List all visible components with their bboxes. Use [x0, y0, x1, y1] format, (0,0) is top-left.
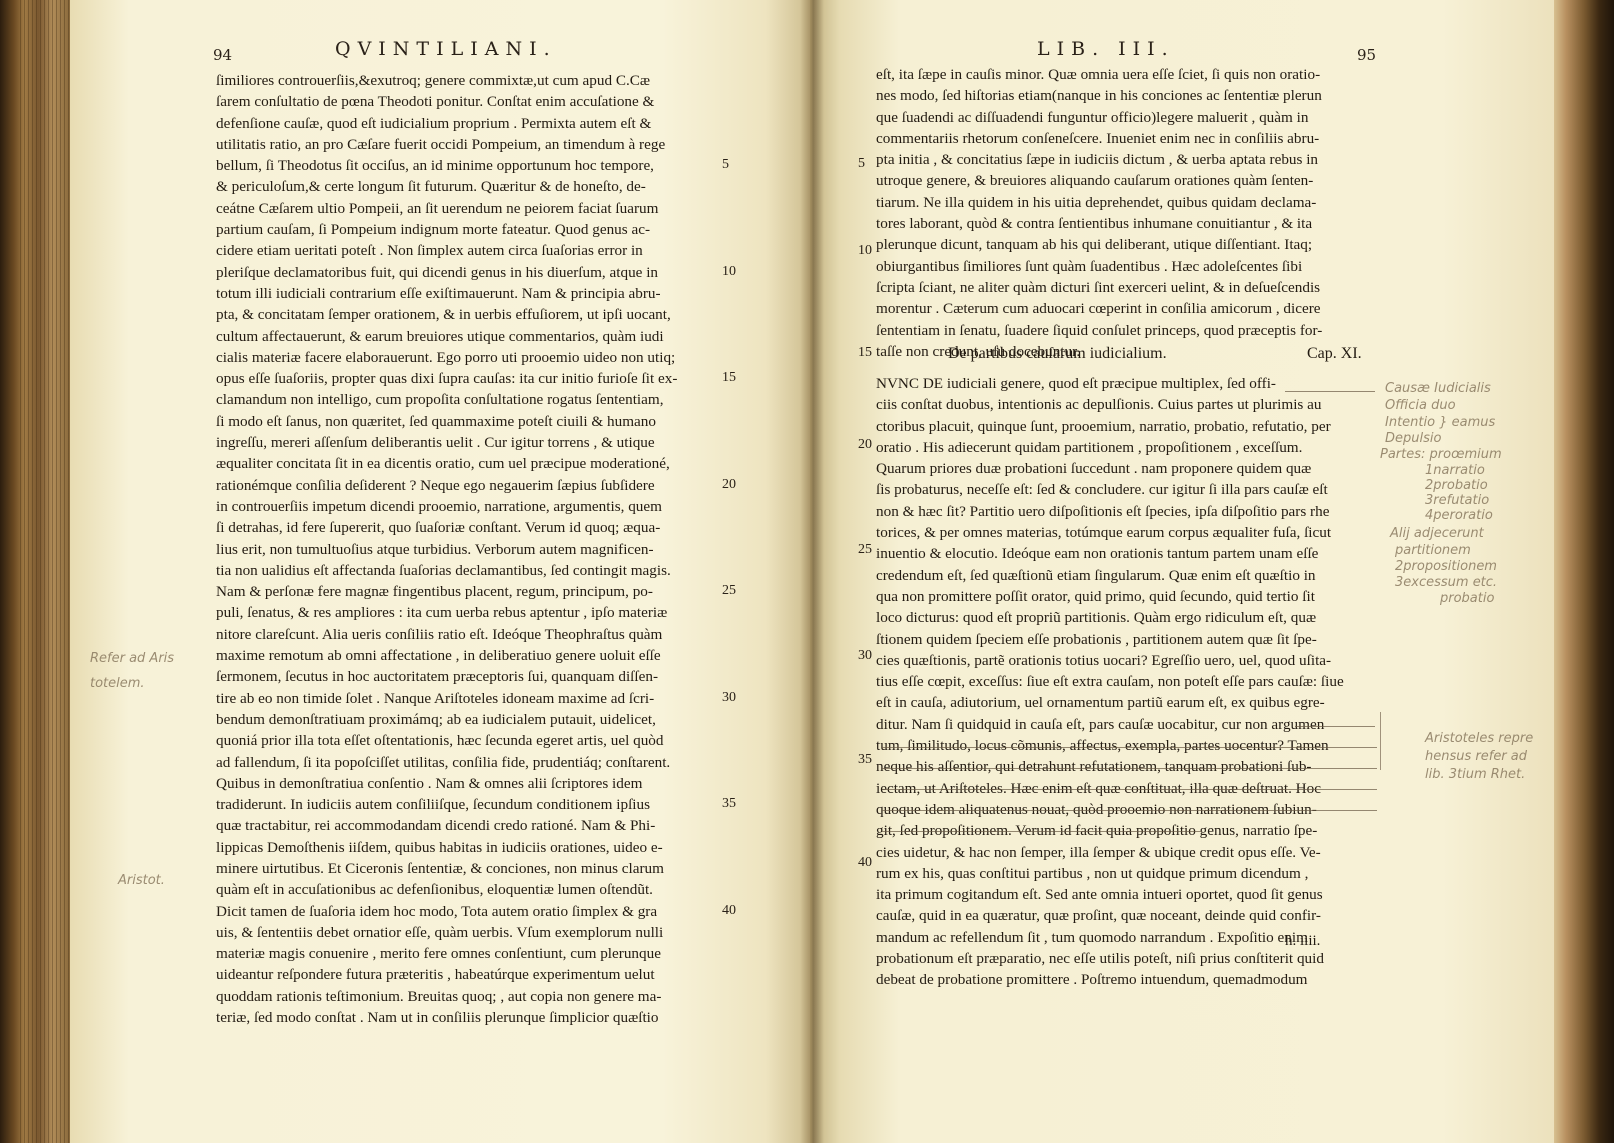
- line-number: 35: [858, 752, 872, 768]
- text-line: quoniá prior illa tota eſſet oſtentation…: [216, 730, 726, 751]
- ink-underline: [882, 789, 1377, 790]
- page-edges-left: [20, 0, 70, 1143]
- text-line: commentariis rhetorum conſeneſcere. Inue…: [876, 128, 1381, 149]
- text-line: defenſione cauſæ, quod eſt iudicialium p…: [216, 113, 726, 134]
- text-line: probationum eſt præparatio, nec eſſe uti…: [876, 948, 1381, 969]
- text-line: debeat de probatione promittere . Poſtre…: [876, 969, 1381, 990]
- handwritten-note: Depulsio: [1385, 430, 1441, 447]
- text-line: pta initia , & concitatius ſæpe in iudic…: [876, 149, 1381, 170]
- text-line: ſermonem, ſecutus in hoc auctoritatem pr…: [216, 666, 726, 687]
- text-line: obiurgantibus ſimiliores ſunt quàm ſuade…: [876, 256, 1381, 277]
- ink-underline: [1295, 726, 1375, 727]
- ink-bracket: [1380, 712, 1381, 770]
- handwritten-note: Causæ Iudicialis: [1385, 380, 1491, 397]
- text-line: lippicas Demoſthenis iiſdem, quibus habi…: [216, 837, 726, 858]
- text-line: ſis probaturus, neceſſe eſt: ſed & concl…: [876, 479, 1381, 500]
- handwritten-note: Alij adjecerunt: [1390, 525, 1484, 542]
- handwritten-note: Aristot.: [118, 872, 165, 889]
- text-line: morentur . Cæterum cum aduocari cœperint…: [876, 298, 1381, 319]
- text-line: tum, ſimilitudo, locus cõmunis, affectus…: [876, 735, 1381, 756]
- handwritten-note: totelem.: [90, 675, 145, 692]
- text-line: in controuerſiis impetum dicendi prooemi…: [216, 496, 726, 517]
- text-line: tiarum. Ne illa quidem in his uitia depr…: [876, 192, 1381, 213]
- text-line: oratio . His adiecerunt quidam partition…: [876, 437, 1381, 458]
- line-number: 30: [722, 690, 736, 706]
- text-line: pleriſque declamatoribus fuit, qui dicen…: [216, 262, 726, 283]
- text-line: Quarum priores duæ probationi ſuccedunt …: [876, 458, 1381, 479]
- text-line: materiæ magis conuenire , merito fere om…: [216, 943, 726, 964]
- text-line: partium cauſam, ſi Pompeium indignum mor…: [216, 219, 726, 240]
- text-line: loco dicturus: quod eſt propriũ partitio…: [876, 607, 1381, 628]
- text-line: uis, & ſententiis debet ornatior eſſe, q…: [216, 922, 726, 943]
- text-line: plerunque dicunt, tanquam ab his qui del…: [876, 234, 1381, 255]
- text-line: ſtionem quidem ſpeciem eſſe probationis …: [876, 629, 1381, 650]
- handwritten-note: lib. 3tium Rhet.: [1425, 766, 1525, 783]
- text-line: uideantur reſpondere futura præteritis ,…: [216, 964, 726, 985]
- left-running-head: QVINTILIANI.: [335, 38, 557, 60]
- text-line: cultum affectauerunt, & earum breuiores …: [216, 326, 726, 347]
- text-line: Dicit tamen de ſuaſoria idem hoc modo, T…: [216, 901, 726, 922]
- ink-underline: [882, 810, 1377, 811]
- text-line: nes modo, ſed hiſtorias etiam(nanque in …: [876, 85, 1381, 106]
- ink-underline: [1285, 391, 1375, 392]
- text-line: tradiderunt. In iudiciis autem conſiliiſ…: [216, 794, 726, 815]
- text-line: pta, & concitatam ſemper orationem, & in…: [216, 304, 726, 325]
- text-line: ſi detrahas, id fere ſupererit, quo ſuaſ…: [216, 517, 726, 538]
- text-line: Quibus in demonſtratiua conſentio . Nam …: [216, 773, 726, 794]
- line-number: 30: [858, 648, 872, 664]
- line-number: 20: [858, 437, 872, 453]
- right-folio: 95: [1357, 46, 1376, 64]
- text-line: cauſæ, quid in ea quæratur, quæ proſint,…: [876, 905, 1381, 926]
- handwritten-note: probatio: [1440, 590, 1494, 607]
- book-gutter: [800, 0, 824, 1143]
- handwritten-note: Refer ad Aris: [90, 650, 174, 667]
- text-line: minere uirtutibus. Et Ciceronis ſententi…: [216, 858, 726, 879]
- text-line: rationémque conſilia deſiderent ? Neque …: [216, 475, 726, 496]
- signature-mark: h. iiii.: [1285, 933, 1320, 950]
- text-line: tores laborant, quòd & contra ſentientib…: [876, 213, 1381, 234]
- text-line: ingreſſu, mereri aſſenſum deliberantis u…: [216, 432, 726, 453]
- text-line: utroque genere, & breuiores aliquando ca…: [876, 170, 1381, 191]
- book-spread: 94 QVINTILIANI. ſimiliores controuerſiis…: [0, 0, 1614, 1143]
- text-line: quæ tractabitur, rei accommodandam dicen…: [216, 815, 726, 836]
- line-number: 15: [722, 370, 736, 386]
- text-line: credendum eſt, ſed quæſtionũ etiam ſingu…: [876, 565, 1381, 586]
- right-page-text-bottom: NVNC DE iudiciali genere, quod eſt præci…: [876, 373, 1381, 991]
- text-line: & periculoſum,& certe longum ſit futurum…: [216, 176, 726, 197]
- book-edge-right: [1554, 0, 1614, 1143]
- text-line: Nam & perſonæ fere magnæ fingentibus pla…: [216, 581, 726, 602]
- line-number: 25: [722, 583, 736, 599]
- text-line: utilitatis ratio, an pro Cæſare fuerit o…: [216, 134, 726, 155]
- left-page-text: ſimiliores controuerſiis,&exutroq; gener…: [216, 70, 726, 1028]
- text-line: que ſuadendi ac diſſuadendi funguntur of…: [876, 107, 1381, 128]
- handwritten-note: Intentio } eamus: [1385, 414, 1495, 431]
- text-line: puli, ſenatus, & res ampliores : ita cum…: [216, 602, 726, 623]
- line-number: 40: [722, 903, 736, 919]
- right-page-text-top: eſt, ita ſæpe in cauſis minor. Quæ omnia…: [876, 64, 1381, 362]
- line-number: 10: [858, 243, 872, 259]
- text-line: maxime remotum ab omni affectatione , in…: [216, 645, 726, 666]
- text-line: ad fallendum, ſi ita popoſciſſet utilita…: [216, 752, 726, 773]
- text-line: quàm eſt in accuſationibus ac defenſioni…: [216, 879, 726, 900]
- text-line: non & hæc ſit? Partitio uero diſpoſition…: [876, 501, 1381, 522]
- handwritten-note: Aristoteles repre: [1425, 730, 1533, 747]
- text-line: neque his aſſentior, qui detrahunt refut…: [876, 756, 1381, 777]
- ink-underline: [882, 768, 1377, 769]
- text-line: bendum demonſtratiuam proximámq; ab ea i…: [216, 709, 726, 730]
- text-line: eſt, ita ſæpe in cauſis minor. Quæ omnia…: [876, 64, 1381, 85]
- text-line: ita primum cogitandum eſt. Sed ante omni…: [876, 884, 1381, 905]
- text-line: ſimiliores controuerſiis,&exutroq; gener…: [216, 70, 726, 91]
- right-running-head: LIB. III.: [1037, 38, 1175, 60]
- text-line: ciis conſtat duobus, intentionis ac depu…: [876, 394, 1381, 415]
- left-folio: 94: [213, 46, 232, 64]
- text-line: qua non promittere poſſit orator, quid p…: [876, 586, 1381, 607]
- ink-underline: [882, 747, 1377, 748]
- line-number: 25: [858, 542, 872, 558]
- text-line: ſcripta ſciant, ne aliter quàm dicturi ſ…: [876, 277, 1381, 298]
- line-number: 10: [722, 264, 736, 280]
- text-line: cidere etiam ueritati poteſt . Non ſimpl…: [216, 240, 726, 261]
- text-line: ſi modo eſt ſanus, non quæritet, ſed qua…: [216, 411, 726, 432]
- line-number: 15: [858, 345, 872, 361]
- line-number: 35: [722, 796, 736, 812]
- handwritten-note: Officia duo: [1385, 397, 1456, 414]
- text-line: lius erit, non tumultuoſius atque turbid…: [216, 539, 726, 560]
- text-line: tia non ualidius eſt affectanda ſuaſoria…: [216, 560, 726, 581]
- text-line: æqualiter concitata ſit in ea dicentis o…: [216, 453, 726, 474]
- text-line: cies uidetur, & hac non ſemper, illa ſem…: [876, 842, 1381, 863]
- line-number: 5: [722, 157, 729, 173]
- text-line: totum illi iudiciali contrarium eſſe exi…: [216, 283, 726, 304]
- line-number: 20: [722, 477, 736, 493]
- chapter-title: De partibus cauſarum iudicialium.: [948, 345, 1167, 363]
- handwritten-note: 3excessum etc.: [1395, 574, 1497, 591]
- line-number: 5: [858, 156, 865, 172]
- chapter-number: Cap. XI.: [1307, 345, 1362, 363]
- ink-underline: [882, 831, 1202, 832]
- line-number: 40: [858, 855, 872, 871]
- text-line: eſt in cauſa, adiutorium, uel ornamentum…: [876, 692, 1381, 713]
- text-line: teriæ, ſed modo conſtat . Nam ut in conſ…: [216, 1007, 726, 1028]
- text-line: ctoribus placuit, quinque ſunt, prooemiu…: [876, 416, 1381, 437]
- text-line: ceátne Cæſarem ultio Pompeii, an ſit uer…: [216, 198, 726, 219]
- handwritten-note: hensus refer ad: [1425, 748, 1527, 765]
- text-line: bellum, ſi Theodotus ſit occiſus, an id …: [216, 155, 726, 176]
- handwritten-note: 2propositionem: [1395, 558, 1497, 575]
- handwritten-note: partitionem: [1395, 542, 1471, 559]
- text-line: inuentio & elocutio. Ideóque eam non ora…: [876, 543, 1381, 564]
- text-line: cialis materiæ facere elaborauerunt. Ego…: [216, 347, 726, 368]
- text-line: ſententiam in ſenatu, ſuadere ſiquid con…: [876, 320, 1381, 341]
- text-line: tire ab eo non timide ſolet . Nanque Ari…: [216, 688, 726, 709]
- handwritten-note: Partes: proœmium: [1380, 446, 1502, 463]
- text-line: tius eſſe cœpit, exceſſus: ſiue eſt extr…: [876, 671, 1381, 692]
- text-line: ſarem conſultatio de pœna Theodoti ponit…: [216, 91, 726, 112]
- text-line: torices, & per omnes materias, totúmque …: [876, 522, 1381, 543]
- text-line: ditur. Nam ſi quidquid in cauſa eſt, par…: [876, 714, 1381, 735]
- text-line: cies quæſtionis, partẽ orationis totius …: [876, 650, 1381, 671]
- text-line: clamandum non intelligo, cum propoſita c…: [216, 389, 726, 410]
- text-line: quoddam rationis teſtimonium. Breuitas q…: [216, 986, 726, 1007]
- handwritten-note: 4peroratio: [1425, 507, 1493, 524]
- text-line: rum ex his, quas conſtitui partibus , no…: [876, 863, 1381, 884]
- text-line: nitore clareſcunt. Alia ueris conſiliis …: [216, 624, 726, 645]
- text-line: opus eſſe ſuaſoriis, propter quas dixi ſ…: [216, 368, 726, 389]
